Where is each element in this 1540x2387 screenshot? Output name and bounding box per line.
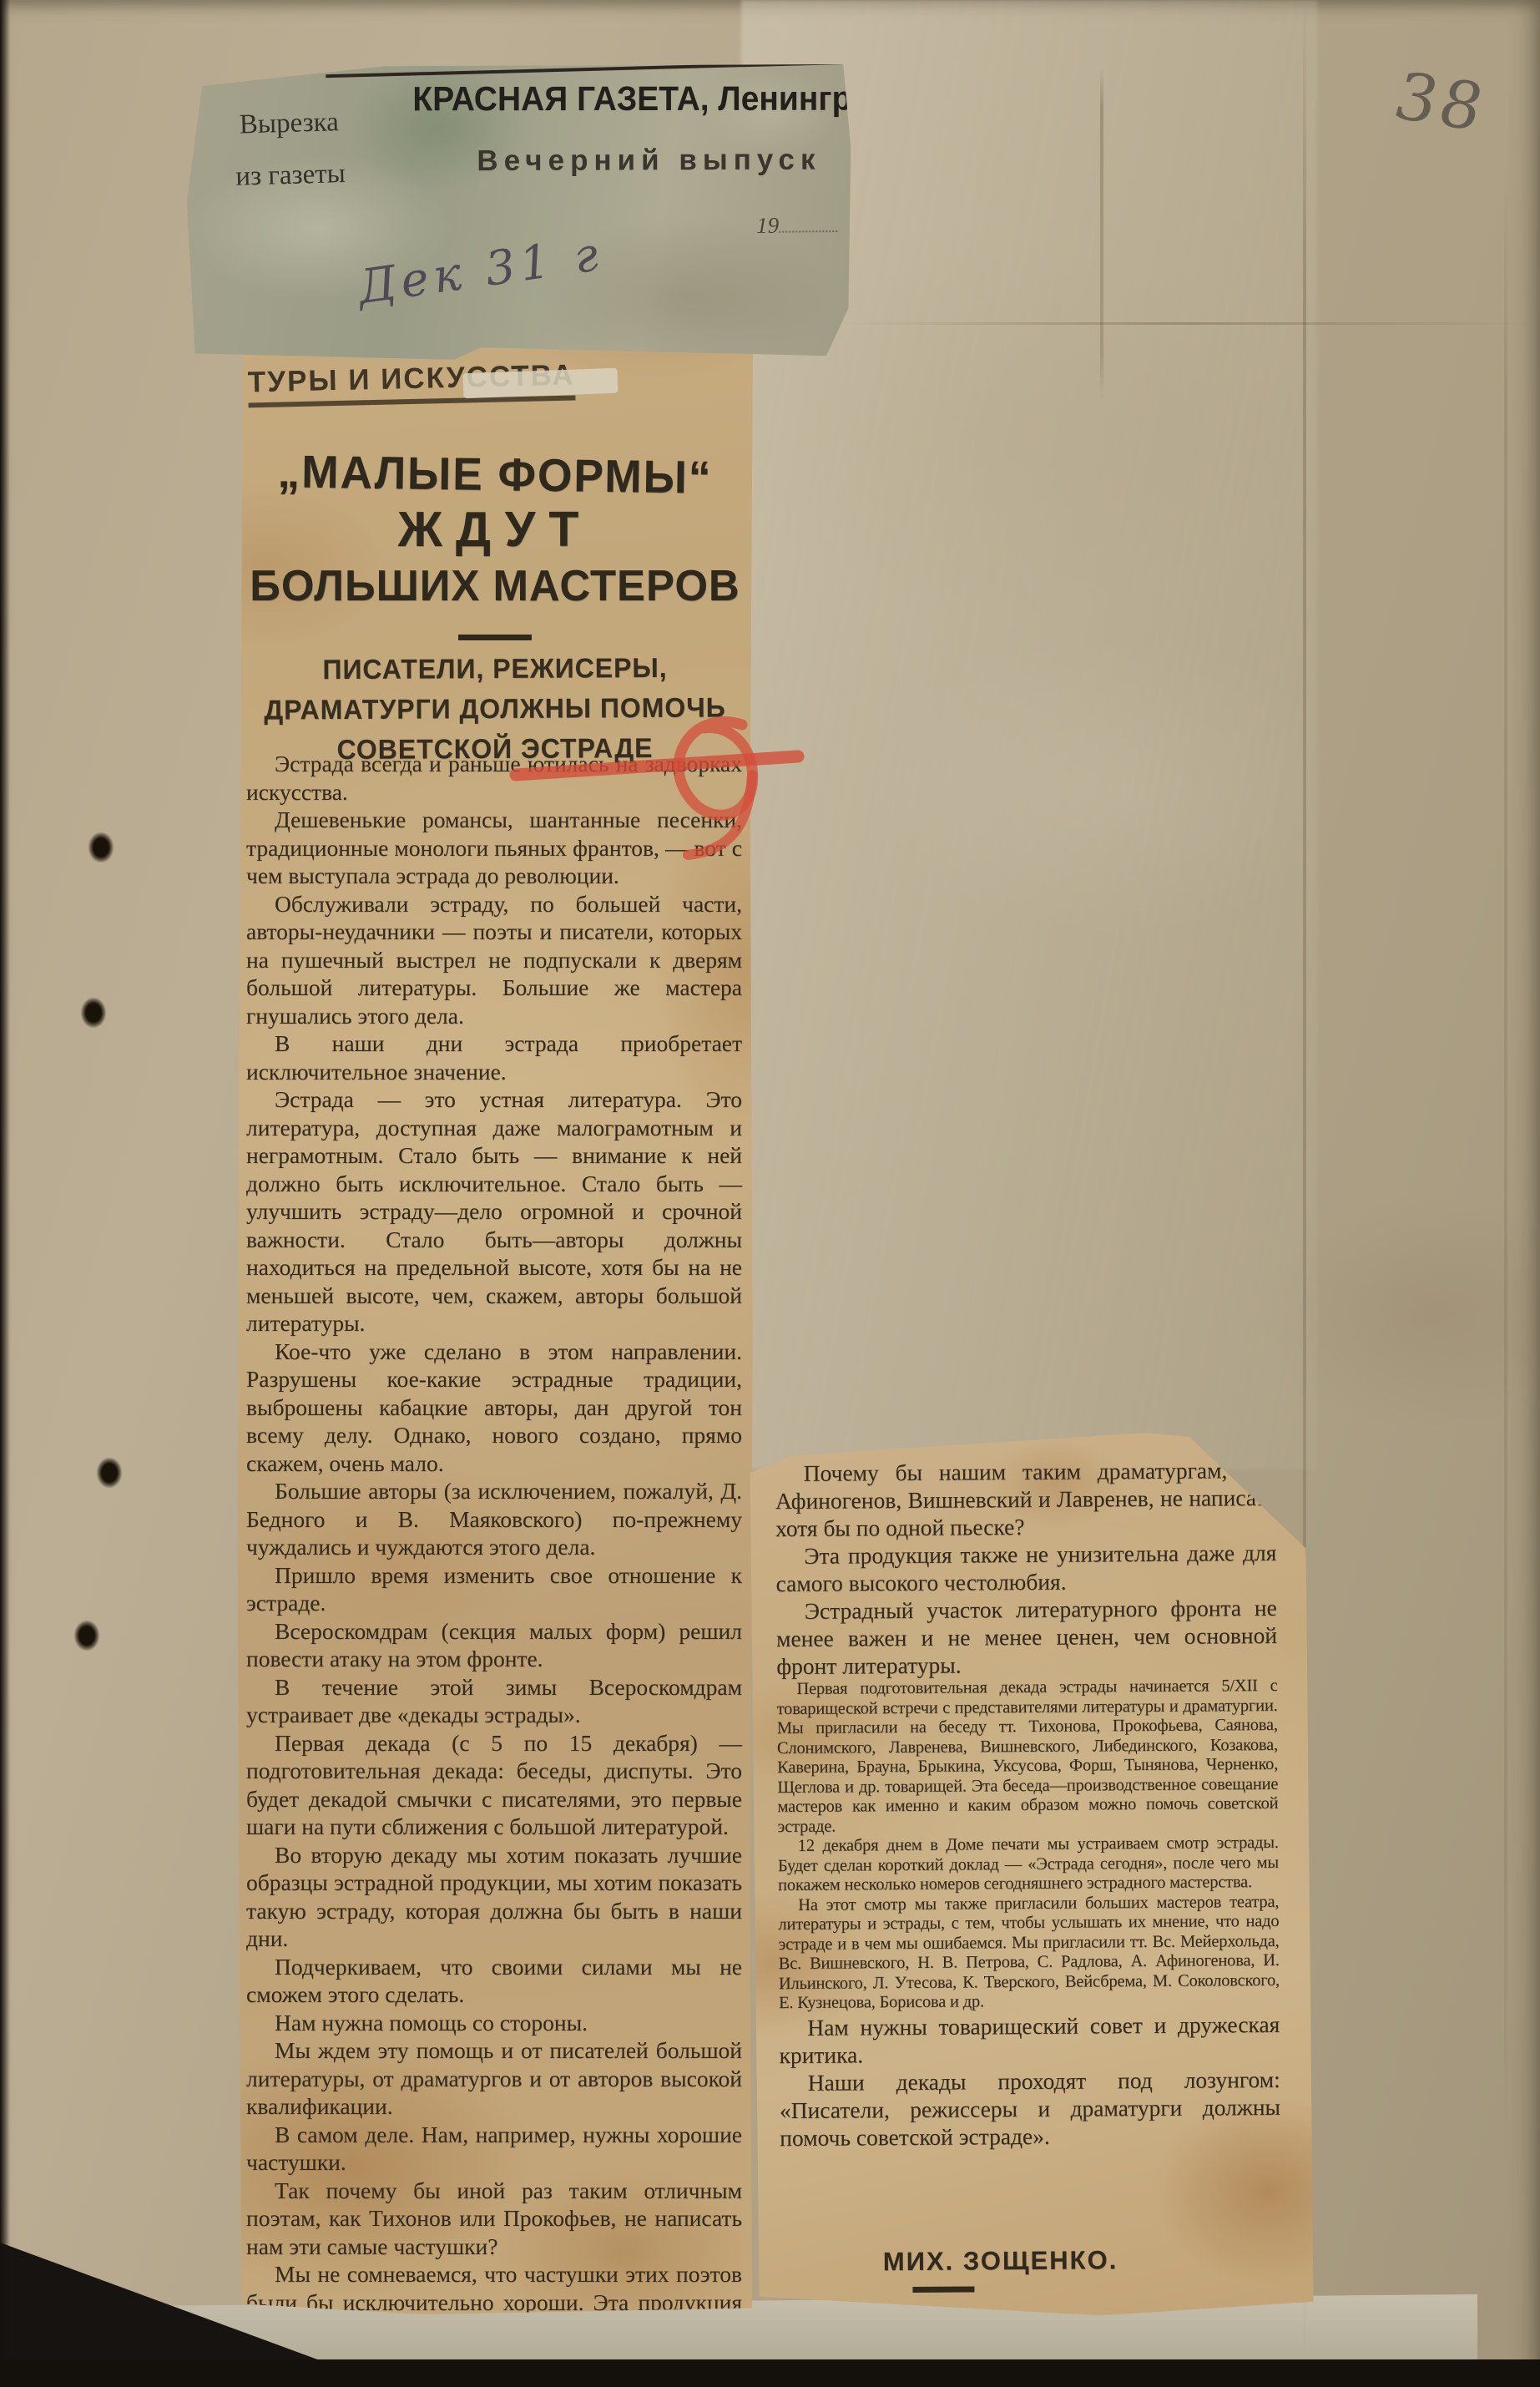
paragraph: Почему бы нашим таким драматургам, как А… xyxy=(775,1456,1277,1542)
paragraph: Большие авторы (за исключением, пожалуй,… xyxy=(246,1477,742,1561)
cutting-label-line1: Вырезка xyxy=(205,95,374,152)
year-prefix-text: 19 xyxy=(756,213,779,238)
glue-patch xyxy=(463,368,619,398)
headline-line-3: БОЛЬШИХ МАСТЕРОВ xyxy=(241,561,749,611)
paragraph: Подчеркиваем, что своими силами мы не см… xyxy=(246,1953,742,2009)
paragraph: В самом деле. Нам, например, нужны хорош… xyxy=(246,2121,742,2177)
handwritten-page-number: 38 xyxy=(1386,59,1494,146)
paragraph: Нам нужна помощь со стороны. xyxy=(246,2009,742,2037)
crease xyxy=(1504,167,1507,2171)
punch-hole xyxy=(77,993,110,1033)
clipping-stamp: Вырезка из газеты КРАСНАЯ ГАЗЕТА, Ленинг… xyxy=(185,58,853,362)
punch-hole xyxy=(93,1453,126,1493)
crease xyxy=(843,322,1536,325)
paragraph: В наши дни эстрада приобретает исключите… xyxy=(246,1029,742,1085)
paragraph: Обслуживали эстраду, по большей части, а… xyxy=(246,890,742,1030)
paragraph: Во вторую декаду мы хотим показать лучши… xyxy=(246,1841,742,1953)
paragraph: Эстрада — это устная литература. Это лит… xyxy=(246,1085,742,1338)
page-edge-bottom xyxy=(0,2359,1540,2387)
paragraph: Первая декада (с 5 по 15 декабря) — подг… xyxy=(246,1729,742,1841)
paragraph: Нам нужны товарищеский совет и дружеская… xyxy=(779,2010,1280,2068)
paragraph: Мы ждем эту помощь и от писателей большо… xyxy=(246,2036,742,2121)
paragraph: Кое-что уже сделано в этом направлении. … xyxy=(246,1338,742,1478)
clipping-right-column: Почему бы нашим таким драматургам, как А… xyxy=(746,1429,1313,2319)
paragraph: На этот смотр мы также пригласили больши… xyxy=(778,1892,1280,2013)
paragraph: Эстрада всегда и раньше ютилась на задво… xyxy=(246,750,742,806)
paragraph: Эта продукция также не унизительна даже … xyxy=(775,1539,1276,1597)
year-prefix: 19 xyxy=(756,212,837,239)
signature: МИХ. ЗОЩЕНКО. xyxy=(780,2244,1281,2278)
headline-rule xyxy=(458,635,532,640)
signature-rule xyxy=(912,2286,974,2293)
paragraph: Так почему бы иной раз таким отличным по… xyxy=(246,2177,742,2261)
edition-label: Вечерний выпуск xyxy=(477,144,820,178)
paragraph: Эстрадный участок литературного фронта н… xyxy=(776,1594,1278,1680)
punch-hole xyxy=(84,827,118,867)
subhead-line-2: ДРАМАТУРГИ ДОЛЖНЫ ПОМОЧЬ xyxy=(244,691,746,726)
newspaper-name: КРАСНАЯ ГАЗЕТА, Ленинград xyxy=(412,79,825,119)
cutting-label: Вырезка из газеты xyxy=(205,95,375,204)
cutting-label-line2: из газеты xyxy=(206,147,375,204)
paragraph: Дешевенькие романсы, шантанные песенки, … xyxy=(246,806,742,890)
headline-line-2: ЖДУТ xyxy=(236,501,754,558)
paragraph: В течение этой зимы Всероскомдрам устраи… xyxy=(246,1673,742,1729)
crease xyxy=(1100,67,1103,401)
page-edge-left xyxy=(0,0,10,2387)
year-dotted-line xyxy=(779,214,837,233)
paragraph: Первая подготовительная декада эстрады н… xyxy=(776,1676,1278,1837)
paragraph: Наши декады проходят под лозунгом: «Писа… xyxy=(780,2065,1281,2151)
paragraph: Пришло время изменить свое отношение к э… xyxy=(246,1561,742,1617)
punch-hole xyxy=(70,1616,104,1656)
article-left-column: Эстрада всегда и раньше ютилась на задво… xyxy=(246,750,742,2372)
archive-page: ТУРЫ И ИСКУССТВА „МАЛЫЕ ФОРМЫ“ ЖДУТ БОЛЬ… xyxy=(0,0,1540,2387)
headline-line-1: „МАЛЫЕ ФОРМЫ“ xyxy=(244,444,746,505)
article-right-column: Почему бы нашим таким драматургам, как А… xyxy=(775,1456,1281,2152)
subhead-line-1: ПИСАТЕЛИ, РЕЖИСЕРЫ, xyxy=(244,651,746,685)
paragraph: Всероскомдрам (секция малых форм) решил … xyxy=(246,1617,742,1673)
paragraph: 12 декабря днем в Доме печати мы устраив… xyxy=(778,1833,1279,1896)
clipping-main-article: ТУРЫ И ИСКУССТВА „МАЛЫЕ ФОРМЫ“ ЖДУТ БОЛЬ… xyxy=(236,207,754,2314)
